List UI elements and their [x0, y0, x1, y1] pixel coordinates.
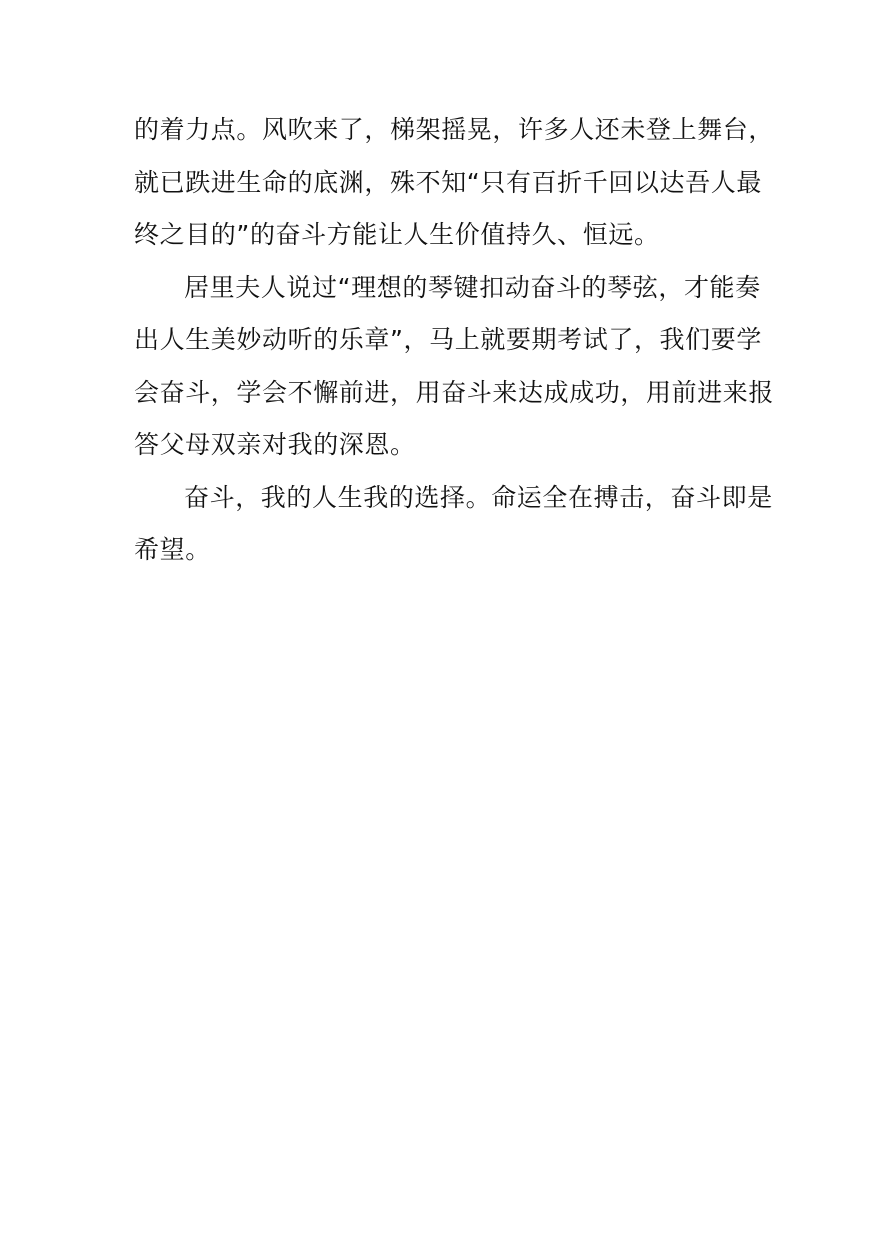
text-line: 居里夫人说过“理想的琴键扣动奋斗的琴弦，才能奏 — [134, 268, 754, 321]
text-line: 答父母双亲对我的深恩。 — [134, 425, 754, 478]
paragraph-1: 的着力点。风吹来了，梯架摇晃，许多人还未登上舞台， 就已跌进生命的底渊，殊不知“… — [134, 110, 754, 268]
text-line: 希望。 — [134, 530, 754, 583]
paragraph-2: 居里夫人说过“理想的琴键扣动奋斗的琴弦，才能奏 出人生美妙动听的乐章”，马上就要… — [134, 268, 754, 478]
text-line: 奋斗，我的人生我的选择。命运全在搏击，奋斗即是 — [134, 478, 754, 531]
text-line: 出人生美妙动听的乐章”，马上就要期考试了，我们要学 — [134, 320, 754, 373]
paragraph-3: 奋斗，我的人生我的选择。命运全在搏击，奋斗即是 希望。 — [134, 478, 754, 583]
text-line: 会奋斗，学会不懈前进，用奋斗来达成成功，用前进来报 — [134, 373, 754, 426]
text-line: 就已跌进生命的底渊，殊不知“只有百折千回以达吾人最 — [134, 163, 754, 216]
text-line: 的着力点。风吹来了，梯架摇晃，许多人还未登上舞台， — [134, 110, 754, 163]
document-page: 的着力点。风吹来了，梯架摇晃，许多人还未登上舞台， 就已跌进生命的底渊，殊不知“… — [134, 110, 754, 583]
text-line: 终之目的”的奋斗方能让人生价值持久、恒远。 — [134, 215, 754, 268]
